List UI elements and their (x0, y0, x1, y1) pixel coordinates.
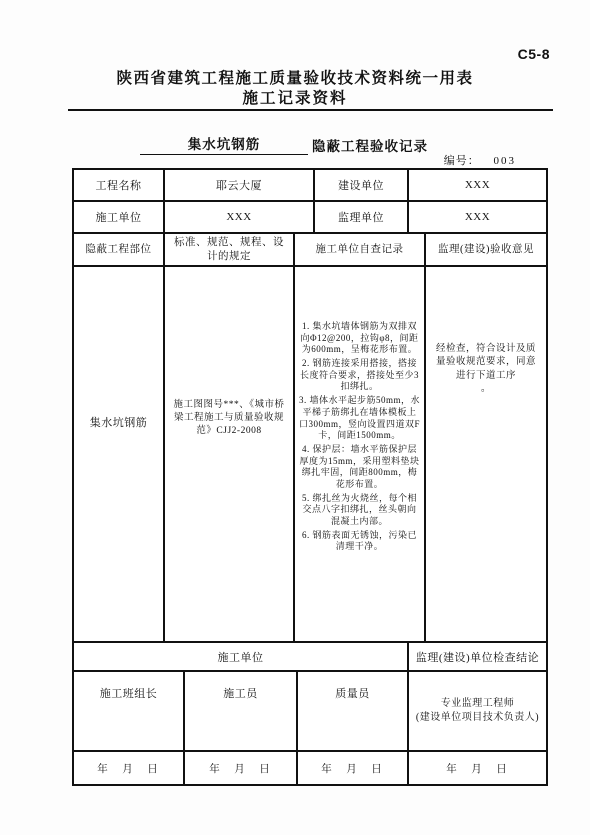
quality-officer-signature-cell: 质量员 (298, 672, 409, 750)
acceptance-opinion-period: 。 (432, 383, 540, 396)
serial-value: 003 (494, 155, 517, 167)
acceptance-opinion-value: 经检查，符合设计及质量验收规范要求，同意进行下道工序 。 (426, 267, 546, 641)
self-check-record: 1. 集水坑墙体钢筋为双排双向Φ12@200，拉钩φ8，间距为600mm，呈梅花… (295, 267, 426, 641)
table-row-headers: 隐蔽工程部位 标准、规范、规程、设计的规定 施工单位自查记录 监理(建设)验收意… (74, 234, 546, 267)
page-title-line1: 陕西省建筑工程施工质量验收技术资料统一用表 (0, 70, 590, 89)
date-cell-crew-leader: 年 月 日 (74, 752, 185, 784)
supervisor-unit-label: 监理单位 (315, 202, 409, 232)
serial-label: 编号： (444, 155, 480, 167)
header-standards: 标准、规范、规程、设计的规定 (165, 234, 295, 265)
standard-reference-value: 施工图图号***、《城市桥梁工程施工与质量验收规范》CJJ2-2008 (165, 267, 295, 641)
construction-owner-label: 建设单位 (315, 170, 409, 200)
page-title: 陕西省建筑工程施工质量验收技术资料统一用表 施工记录资料 (0, 70, 590, 108)
supervising-engineer-signature-cell: 专业监理工程师 (建设单位项目技术负责人) (409, 672, 546, 750)
table-row-project: 工程名称 耶云大厦 建设单位 XXX (74, 170, 546, 202)
builder-unit-label: 施工单位 (74, 202, 165, 232)
self-check-item: 2. 钢筋连接采用搭接，搭接长度符合要求，搭接处至少3扣绑扎。 (298, 358, 421, 393)
self-check-item: 4. 保护层：墙水平筋保护层厚度为15mm，采用塑料垫块绑扎牢固，间距800mm… (298, 444, 421, 491)
project-name-label: 工程名称 (74, 170, 165, 200)
header-self-check: 施工单位自查记录 (295, 234, 426, 265)
hidden-part-value: 集水坑钢筋 (74, 267, 165, 641)
title-divider (68, 109, 553, 111)
form-code: C5-8 (518, 46, 550, 62)
page-title-line2: 施工记录资料 (0, 90, 590, 109)
construction-unit-span-label: 施工单位 (74, 643, 409, 670)
construction-owner-value: XXX (409, 170, 546, 200)
crew-leader-signature-cell: 施工班组长 (74, 672, 185, 750)
project-name-value: 耶云大厦 (165, 170, 315, 200)
owner-tech-lead-title: (建设单位项目技术负责人) (416, 711, 539, 726)
self-check-item: 6. 钢筋表面无锈蚀，污染已清理干净。 (298, 530, 421, 553)
self-check-item: 3. 墙体水平起步筋50mm，水平梯子筋绑扎在墙体模板上口300mm，竖向设置四… (298, 395, 421, 442)
supervising-engineer-title: 专业监理工程师 (441, 697, 515, 712)
date-cell-constructor: 年 月 日 (185, 752, 298, 784)
self-check-item: 5. 绑扎丝为火烧丝，每个相交点八字扣绑扎，丝头朝向混凝土内部。 (298, 493, 421, 528)
date-cell-engineer: 年 月 日 (409, 752, 546, 784)
acceptance-opinion-text: 经检查，符合设计及质量验收规范要求，同意进行下道工序 (432, 343, 540, 383)
supervisor-unit-value: XXX (409, 202, 546, 232)
header-acceptance-opinion: 监理(建设)验收意见 (426, 234, 546, 265)
self-check-item: 1. 集水坑墙体钢筋为双排双向Φ12@200，拉钩φ8，间距为600mm，呈梅花… (298, 321, 421, 356)
table-row-units: 施工单位 XXX 监理单位 XXX (74, 202, 546, 234)
table-row-signatures: 施工班组长 施工员 质量员 专业监理工程师 (建设单位项目技术负责人) (74, 672, 546, 752)
supervision-conclusion-label: 监理(建设)单位检查结论 (409, 643, 546, 670)
header-hidden-part: 隐蔽工程部位 (74, 234, 165, 265)
table-row-content: 集水坑钢筋 施工图图号***、《城市桥梁工程施工与质量验收规范》CJJ2-200… (74, 267, 546, 643)
constructor-signature-cell: 施工员 (185, 672, 298, 750)
serial-number: 编号： 003 (0, 152, 590, 168)
builder-unit-value: XXX (165, 202, 315, 232)
date-cell-quality-officer: 年 月 日 (298, 752, 409, 784)
record-table: 工程名称 耶云大厦 建设单位 XXX 施工单位 XXX 监理单位 XXX 隐蔽工… (72, 168, 548, 786)
table-row-dates: 年 月 日 年 月 日 年 月 日 年 月 日 (74, 752, 546, 784)
table-row-unit-span: 施工单位 监理(建设)单位检查结论 (74, 643, 546, 672)
